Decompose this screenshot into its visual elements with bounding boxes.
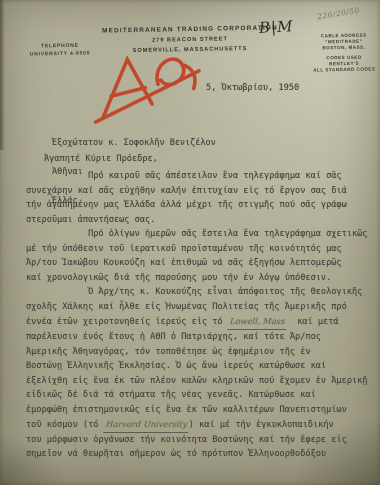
body-line: ἐννέα ἐτῶν χειροτονηθείς ἱερεύς εἰς τό L…: [26, 314, 378, 330]
body-line: Πρό καιροῦ σᾶς ἀπέστειλον ἕνα τηλεγράφημ…: [26, 169, 378, 184]
scan-edge-shadow: [0, 0, 5, 150]
body-line: ἐξελίχθη εἰς ἕνα ἐκ τῶν πλέον καλῶν κληρ…: [26, 374, 378, 389]
red-archive-mark-icon: [81, 41, 222, 127]
body-line: Ὁ Ἀρχ/της κ. Κουκούζης εἶναι ἀπόφοιτος τ…: [26, 285, 378, 300]
handwritten-insertion: Lowell, Mass: [227, 314, 288, 330]
initials-annotation: B|M: [259, 17, 294, 37]
letter-page: MEDITERRANEAN TRADING CORPORATION 279 BE…: [0, 0, 380, 485]
body-line: καί χρονολογικῶς διά τῆς παρούσης μου τή…: [26, 271, 378, 286]
codes-note: ALL STANDARD CODES: [310, 66, 378, 73]
body-line: Ἀμερικῆς Ἀθηναγόρας, τόν τοποθέτησε ὡς ἐ…: [26, 345, 378, 360]
handwritten-insertion: Harvard University: [103, 417, 190, 433]
letterhead-cable-block: CABLE ADDRESS "MEDITRADE" BOSTON, MASS. …: [310, 32, 379, 73]
body-line: Ἀρ/του Ἰακώβου Κουκούζη καί ἐπιθυμῶ νά σ…: [26, 256, 378, 271]
body-line: εἰδικῶς δέ διά τά στήματα τῆς νέας γενεᾶ…: [26, 388, 378, 403]
body-line: σχολῆς Χάλκης καί ἦλθε εἰς Ἡνωμένας Πολι…: [26, 300, 378, 315]
body-line: Πρό ὀλίγων ἡμερῶν σᾶς ἔστειλα ἕνα τηλεγρ…: [26, 227, 378, 242]
salutation: Ἀγαπητέ Κύριε Πρόεδρε,: [44, 154, 158, 164]
body-line: στεροῦμαι ἀπαντήσεως σας.: [26, 213, 378, 228]
date-line: 5, Ὀκτωβρίου, 1950: [206, 83, 299, 93]
body-line: του μόρφωσιν ὀργάνωσε τήν κοινότητα Βοστ…: [26, 433, 378, 448]
file-number-annotation: 226/20/50: [317, 6, 361, 22]
letter-body: Πρό καιροῦ σᾶς ἀπέστειλον ἕνα τηλεγράφημ…: [26, 169, 378, 462]
body-line: σημεῖον νά θεωρῆται σήμερον ὡς τό πρότυπ…: [26, 447, 378, 462]
body-line: τήν ἀγαπημένην μας Ἑλλάδα ἀλλά μέχρι τῆς…: [26, 198, 378, 213]
body-line: Βοστώνῃ Ἑλληνικῆς Ἐκκλησίας. Ὁ ὡς ἄνω ἱε…: [26, 359, 378, 374]
recipient-name: Ἐξοχώτατον κ. Σοφοκλῆν Βενιζέλον: [52, 139, 216, 149]
body-line: τοῦ κόσμου (τό Harvard University) καί μ…: [26, 417, 378, 433]
body-line: συνεχάρην καί σᾶς εὐχήθην καλήν ἐπιτυχία…: [26, 184, 378, 199]
body-line: μέ τήν ὑπόθεσιν τοῦ ἱερατικοῦ προϊσταμέν…: [26, 242, 378, 257]
body-line: ἐμορφώθη ἐπιστημονικῶς εἰς ἕνα ἐκ τῶν κα…: [26, 403, 378, 418]
body-line: παρέλευσιν ἑνός ἔτους ἡ ΑΘΠ ὁ Πατριάρχης…: [26, 330, 378, 345]
